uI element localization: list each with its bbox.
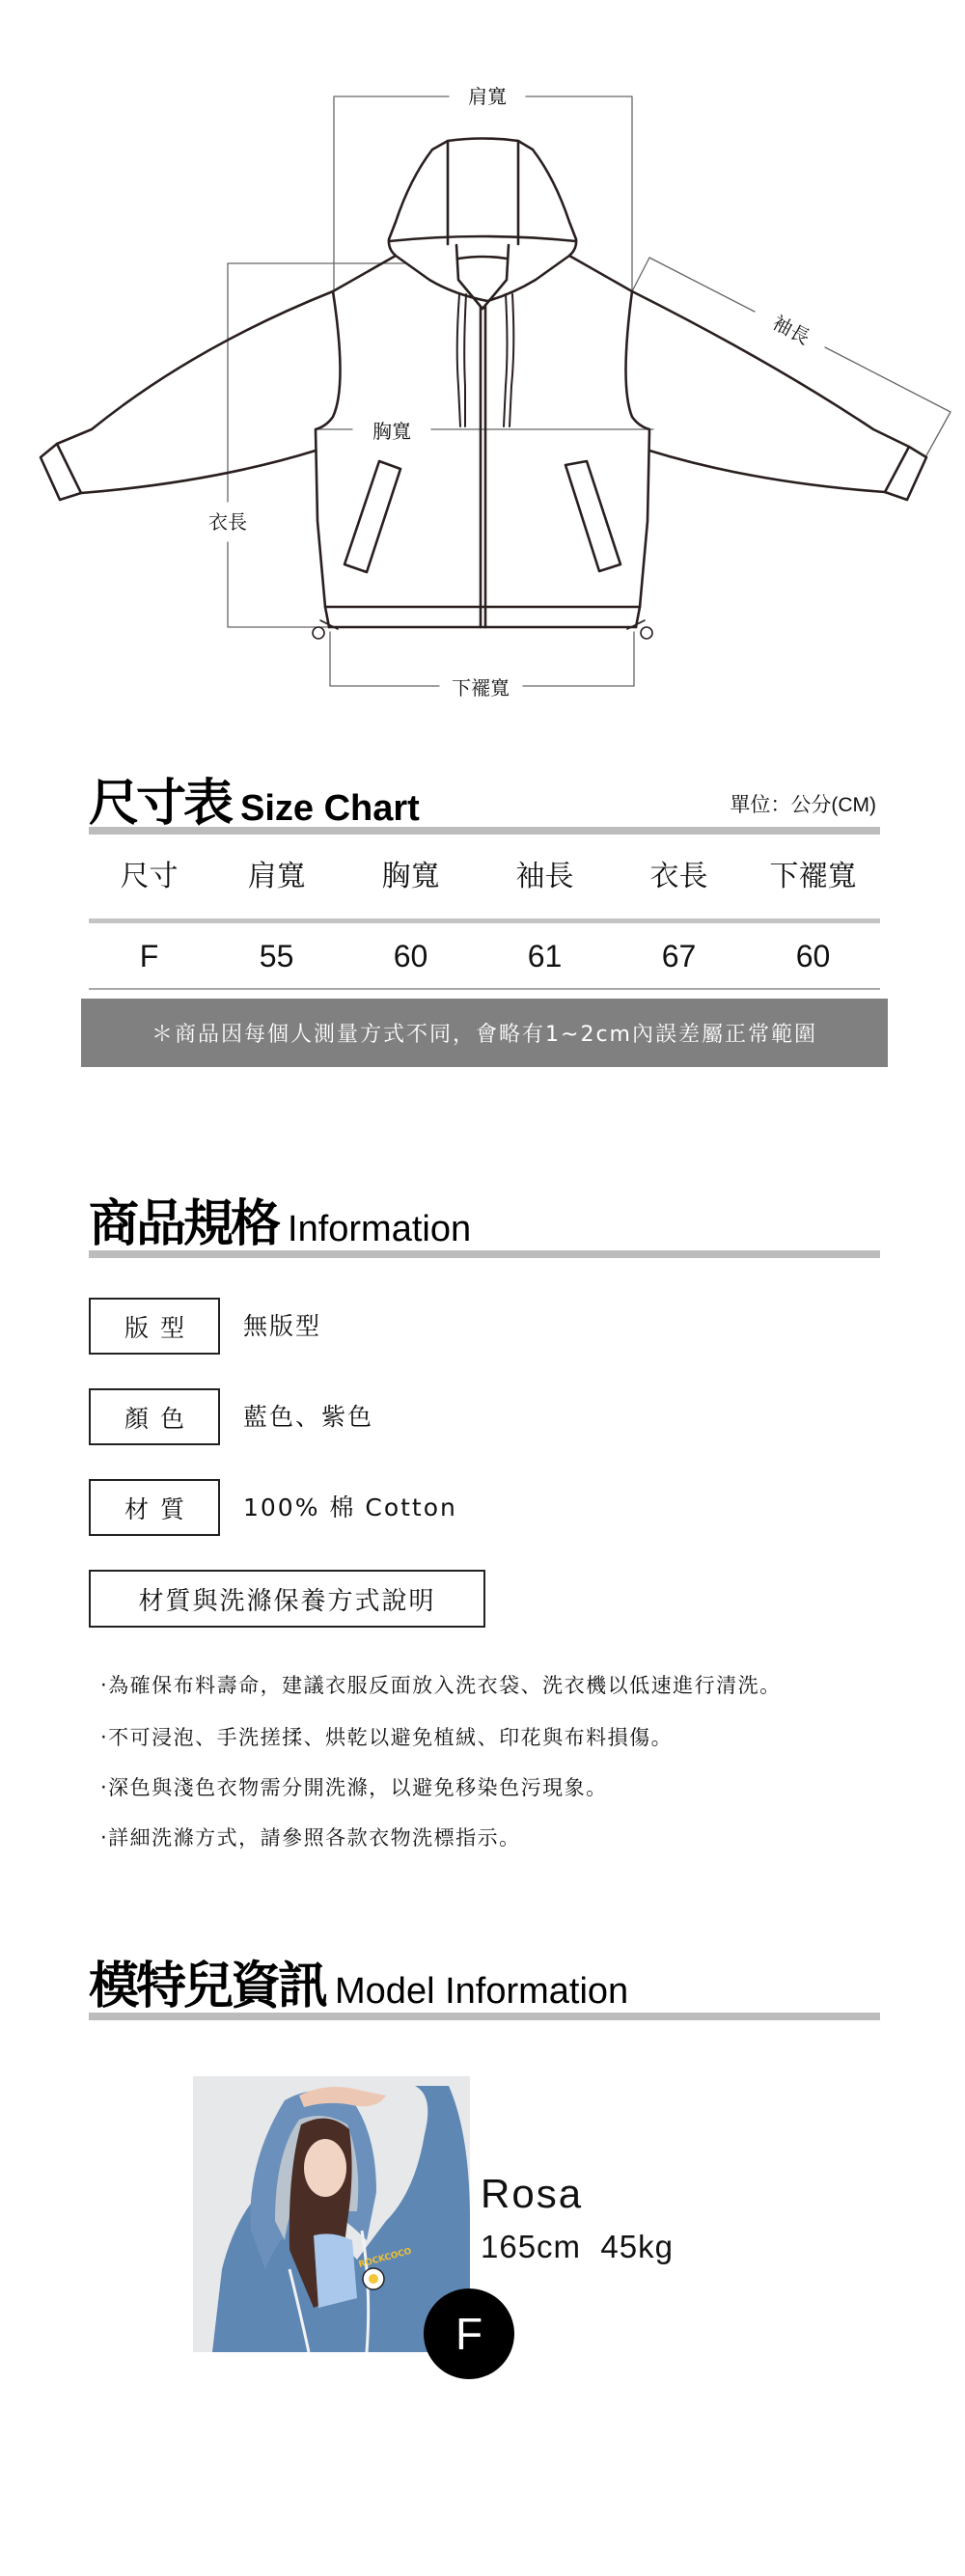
spec-label-color: 顏色 xyxy=(89,1388,220,1445)
body-length-label: 衣長 xyxy=(203,510,253,534)
unit-label: 單位：公分(CM) xyxy=(730,789,876,818)
care-note: ‧為確保布料壽命，建議衣服反面放入洗衣袋、洗衣機以低速進行清洗。 xyxy=(100,1673,782,1698)
cell-hem: 60 xyxy=(746,939,880,973)
care-note: ‧深色與淺色衣物需分開洗滌，以避免移染色污現象。 xyxy=(100,1775,608,1800)
information-title-zh: 商品規格 xyxy=(89,1195,278,1253)
model-info-divider xyxy=(89,2013,880,2020)
model-photo: ROCKCOCO xyxy=(193,2076,470,2352)
col-length: 衣長 xyxy=(612,859,746,895)
size-chart-title: 尺寸表Size Chart xyxy=(89,762,420,835)
model-info-title-zh: 模特兒資訊 xyxy=(89,1958,325,2015)
table-bottom-divider xyxy=(89,988,880,990)
model-stats: 165cm 45kg xyxy=(481,2229,674,2265)
spec-value-color: 藍色、紫色 xyxy=(243,1403,373,1432)
cell-shoulder: 55 xyxy=(209,939,344,973)
hoodie-outline-icon xyxy=(0,0,965,733)
table-row: F 55 60 61 67 60 xyxy=(89,939,880,973)
cell-sleeve: 61 xyxy=(478,939,612,973)
information-title-en: Information xyxy=(288,1209,471,1249)
table-divider xyxy=(89,918,880,923)
col-chest: 胸寬 xyxy=(344,859,478,895)
size-table-header: 尺寸 肩寬 胸寬 袖長 衣長 下襬寬 xyxy=(89,859,880,895)
information-divider xyxy=(89,1250,880,1258)
size-chart-divider xyxy=(89,827,880,835)
information-title: 商品規格Information xyxy=(89,1183,471,1255)
col-sleeve: 袖長 xyxy=(478,859,612,895)
chest-width-label: 胸寬 xyxy=(367,420,417,443)
shoulder-width-label: 肩寬 xyxy=(462,85,512,108)
model-photo-illustration-icon: ROCKCOCO xyxy=(193,2076,470,2352)
col-shoulder: 肩寬 xyxy=(209,859,344,895)
model-size-badge: F xyxy=(424,2288,514,2379)
care-note: ‧詳細洗滌方式，請參照各款衣物洗標指示。 xyxy=(100,1825,521,1850)
size-diagram: 肩寬 胸寬 衣長 下襬寬 袖長 xyxy=(0,0,965,733)
spec-value-fit: 無版型 xyxy=(243,1312,321,1341)
cell-length: 67 xyxy=(612,939,746,973)
col-size: 尺寸 xyxy=(89,859,209,895)
spec-label-material: 材質 xyxy=(89,1479,220,1536)
size-chart-title-en: Size Chart xyxy=(240,788,420,829)
model-info-title: 模特兒資訊Model Information xyxy=(89,1945,628,2017)
care-instructions-heading: 材質與洗滌保養方式說明 xyxy=(89,1570,485,1628)
model-info-title-en: Model Information xyxy=(335,1971,628,2012)
spec-value-material: 100% 棉 Cotton xyxy=(243,1494,457,1522)
model-name: Rosa xyxy=(481,2171,583,2217)
cell-size: F xyxy=(89,939,209,973)
hem-width-label: 下襬寬 xyxy=(446,676,515,699)
care-note: ‧不可浸泡、手洗搓揉、烘乾以避免植絨、印花與布料損傷。 xyxy=(100,1725,673,1750)
size-chart-title-zh: 尺寸表 xyxy=(89,775,231,833)
cell-chest: 60 xyxy=(344,939,478,973)
col-hem: 下襬寬 xyxy=(746,859,880,895)
measurement-notice: ＊商品因每個人測量方式不同，會略有1~2cm內誤差屬正常範圍 xyxy=(81,999,888,1067)
spec-label-fit: 版型 xyxy=(89,1298,220,1355)
